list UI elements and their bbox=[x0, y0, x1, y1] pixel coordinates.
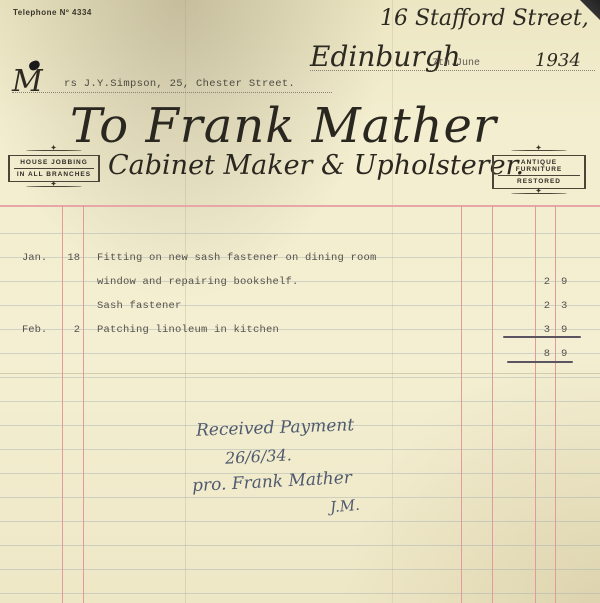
entry-description: Patching linoleum in kitchen bbox=[97, 324, 279, 336]
ornament-icon bbox=[8, 182, 100, 191]
total-row: 8 9 bbox=[0, 343, 600, 367]
recipient-line: M rs J.Y.Simpson, 25, Chester Street. bbox=[12, 70, 332, 93]
total-shillings: 8 bbox=[535, 348, 550, 360]
entry-shillings: 3 bbox=[535, 324, 550, 336]
city-date-line: Edinburgh 7th.June 1934 bbox=[310, 40, 595, 71]
entry-pence: 9 bbox=[561, 324, 571, 336]
recipient-name-address: rs J.Y.Simpson, 25, Chester Street. bbox=[64, 78, 295, 90]
ornament-icon bbox=[492, 146, 586, 155]
antique-furniture-badge: ANTIQUE FURNITURE RESTORED bbox=[492, 146, 586, 198]
entry-shillings: 2 bbox=[535, 300, 550, 312]
street-address: 16 Stafford Street, bbox=[380, 6, 589, 31]
ledger-row: Feb. 2 Patching linoleum in kitchen 3 9 bbox=[0, 319, 600, 343]
entry-day: 18 bbox=[62, 252, 80, 264]
ornament-icon bbox=[8, 146, 100, 155]
receipt-note-initials: J.M. bbox=[329, 496, 360, 517]
house-jobbing-badge: HOUSE JOBBING IN ALL BRANCHES bbox=[8, 146, 100, 191]
badge-line: ANTIQUE FURNITURE bbox=[498, 157, 580, 176]
badge-line: RESTORED bbox=[498, 176, 580, 187]
ledger-row: Sash fastener 2 3 bbox=[0, 295, 600, 319]
invoice-year: 1934 bbox=[535, 50, 581, 71]
ornament-icon bbox=[492, 189, 586, 198]
telephone-number: Telephone Nº 4334 bbox=[13, 8, 92, 17]
entry-description: window and repairing bookshelf. bbox=[97, 276, 299, 288]
entry-pence: 9 bbox=[561, 276, 571, 288]
total-underline bbox=[507, 361, 573, 363]
entry-day: 2 bbox=[62, 324, 80, 336]
recipient-prefix: M bbox=[12, 64, 43, 99]
invoice-date: 7th.June bbox=[432, 58, 480, 69]
badge-line: IN ALL BRANCHES bbox=[14, 169, 94, 180]
subtotal-underline bbox=[503, 336, 581, 338]
total-pence: 9 bbox=[561, 348, 571, 360]
business-trade: Cabinet Maker & Upholsterer. bbox=[108, 150, 524, 181]
entry-pence: 3 bbox=[561, 300, 571, 312]
entry-description: Fitting on new sash fastener on dining r… bbox=[97, 252, 377, 264]
receipt-note-date: 26/6/34. bbox=[225, 445, 293, 467]
business-name: To Frank Mather bbox=[70, 98, 497, 154]
ledger-row: Jan. 18 Fitting on new sash fastener on … bbox=[0, 247, 600, 271]
entry-shillings: 2 bbox=[535, 276, 550, 288]
entry-month: Feb. bbox=[22, 324, 47, 336]
ledger-row: window and repairing bookshelf. 2 9 bbox=[0, 271, 600, 295]
header-rule bbox=[0, 205, 600, 207]
entry-description: Sash fastener bbox=[97, 300, 182, 312]
entry-month: Jan. bbox=[22, 252, 47, 264]
badge-line: HOUSE JOBBING bbox=[14, 157, 94, 169]
invoice-document: Telephone Nº 4334 16 Stafford Street, Ed… bbox=[0, 0, 600, 603]
